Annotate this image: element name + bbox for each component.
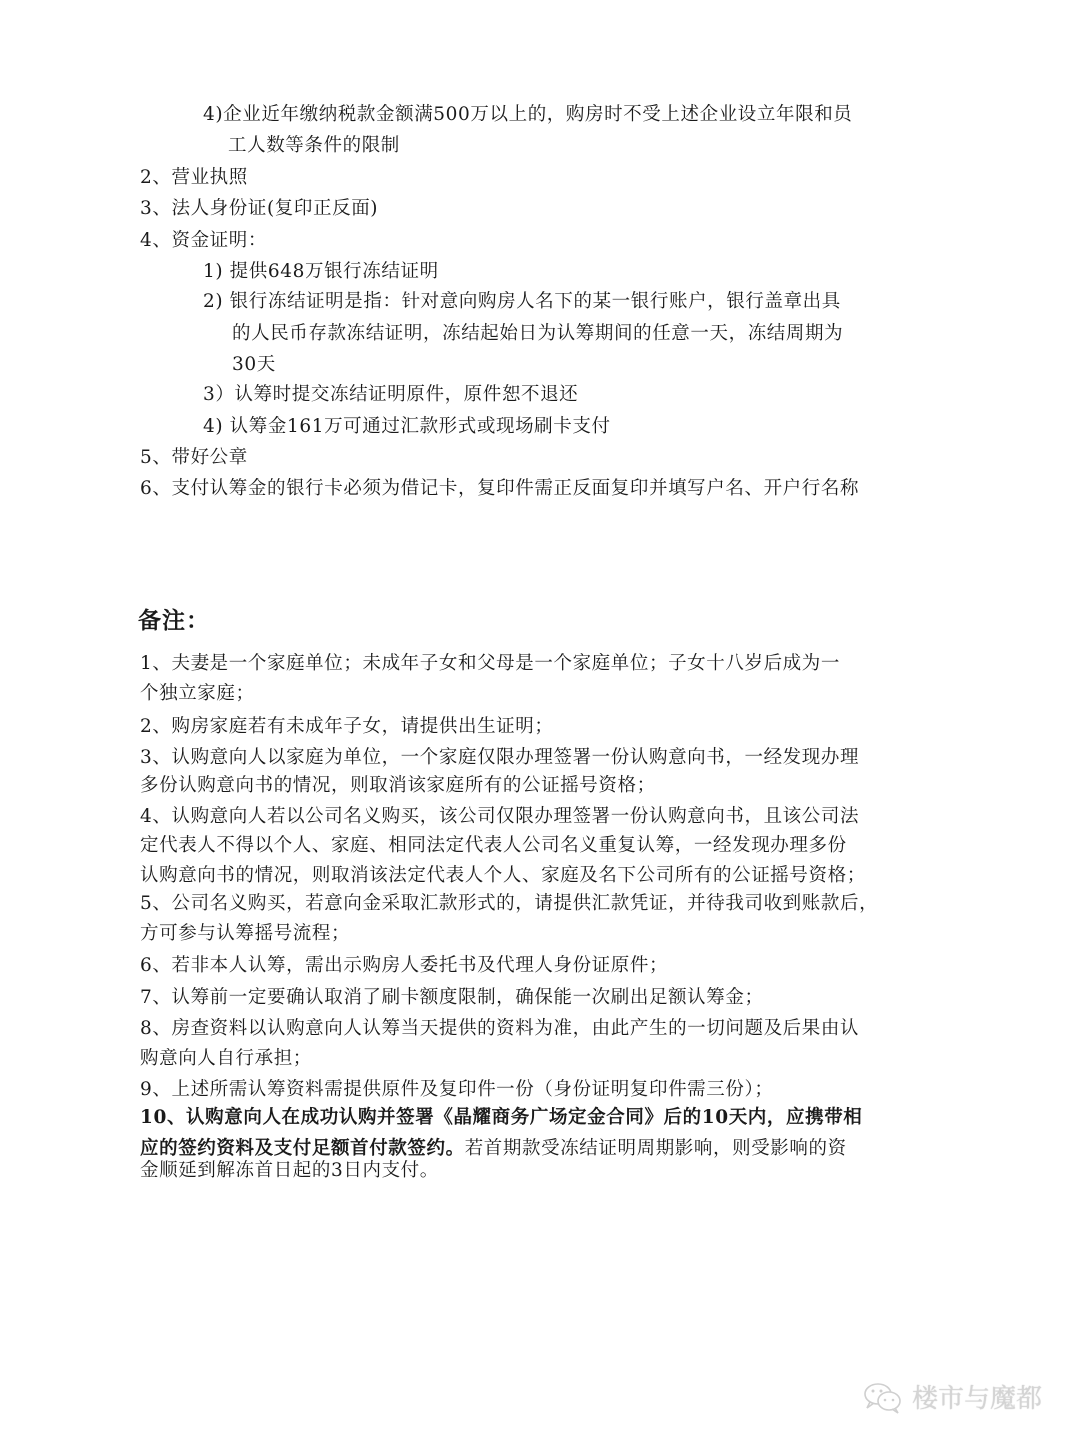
note-10-line2-normal: 若首期款受冻结证明周期影响，则受影响的资 bbox=[465, 1138, 847, 1159]
req-item4-sub1: 1) 提供648万银行冻结证明 bbox=[203, 260, 439, 284]
note-10-line3: 金顺延到解冻首日起的3日内支付。 bbox=[140, 1159, 439, 1183]
note-1-line1: 1、夫妻是一个家庭单位；未成年子女和父母是一个家庭单位；子女十八岁后成为一 bbox=[140, 652, 840, 676]
req-item4-sub-line2: 工人数等条件的限制 bbox=[228, 134, 400, 158]
req-item4-sub4: 4) 认筹金161万可通过汇款形式或现场刷卡支付 bbox=[203, 415, 611, 439]
note-4-line3: 认购意向书的情况，则取消该法定代表人个人、家庭及名下公司所有的公证摇号资格； bbox=[140, 864, 866, 888]
note-7: 7、认筹前一定要确认取消了刷卡额度限制，确保能一次刷出足额认筹金； bbox=[140, 986, 764, 1010]
req-item4-sub2-line1: 2) 银行冻结证明是指：针对意向购房人名下的某一银行账户，银行盖章出具 bbox=[203, 290, 841, 314]
req-item3: 3、法人身份证(复印正反面) bbox=[140, 197, 378, 221]
req-item2: 2、营业执照 bbox=[140, 166, 248, 190]
note-4-line2: 定代表人不得以个人、家庭、相同法定代表人公司名义重复认筹，一经发现办理多份 bbox=[140, 834, 847, 858]
req-item4-sub-line1: 4)企业近年缴纳税款金额满500万以上的，购房时不受上述企业设立年限和员 bbox=[203, 103, 852, 127]
watermark-text: 楼市与魔都 bbox=[912, 1378, 1042, 1415]
note-9: 9、上述所需认筹资料需提供原件及复印件一份（身份证明复印件需三份）； bbox=[140, 1078, 773, 1102]
req-item4-sub3: 3）认筹时提交冻结证明原件，原件恕不退还 bbox=[203, 383, 578, 407]
note-3-line2: 多份认购意向书的情况，则取消该家庭所有的公证摇号资格； bbox=[140, 774, 656, 798]
note-1-line2: 个独立家庭； bbox=[140, 682, 255, 706]
note-6: 6、若非本人认筹，需出示购房人委托书及代理人身份证原件； bbox=[140, 954, 668, 978]
note-5-line1: 5、公司名义购买，若意向金采取汇款形式的，请提供汇款凭证，并待我司收到账款后， bbox=[140, 892, 878, 916]
note-10-line2: 应的签约资料及支付足额首付款签约。若首期款受冻结证明周期影响，则受影响的资 bbox=[140, 1137, 847, 1161]
note-5-line2: 方可参与认筹摇号流程； bbox=[140, 922, 350, 946]
note-2: 2、购房家庭若有未成年子女，请提供出生证明； bbox=[140, 715, 553, 739]
wechat-icon bbox=[862, 1380, 904, 1414]
req-item4-sub2-line3: 30天 bbox=[232, 353, 276, 377]
note-3-line1: 3、认购意向人以家庭为单位，一个家庭仅限办理签署一份认购意向书，一经发现办理 bbox=[140, 746, 859, 770]
watermark: 楼市与魔都 bbox=[862, 1378, 1042, 1415]
notes-heading: 备注： bbox=[138, 606, 210, 636]
req-item4-title: 4、资金证明： bbox=[140, 229, 267, 253]
note-10-line2-bold: 应的签约资料及支付足额首付款签约。 bbox=[140, 1138, 465, 1159]
note-8-line2: 购意向人自行承担； bbox=[140, 1047, 312, 1071]
req-item6: 6、支付认筹金的银行卡必须为借记卡，复印件需正反面复印并填写户名、开户行名称 bbox=[140, 477, 859, 501]
note-8-line1: 8、房查资料以认购意向人认筹当天提供的资料为准，由此产生的一切问题及后果由认 bbox=[140, 1017, 859, 1041]
req-item4-sub2-line2: 的人民币存款冻结证明，冻结起始日为认筹期间的任意一天，冻结周期为 bbox=[232, 322, 843, 346]
note-4-line1: 4、认购意向人若以公司名义购买，该公司仅限办理签署一份认购意向书，且该公司法 bbox=[140, 805, 859, 829]
req-item5: 5、带好公章 bbox=[140, 446, 248, 470]
note-10-line1: 10、认购意向人在成功认购并签署《晶耀商务广场定金合同》后的10天内，应携带相 bbox=[140, 1106, 862, 1130]
